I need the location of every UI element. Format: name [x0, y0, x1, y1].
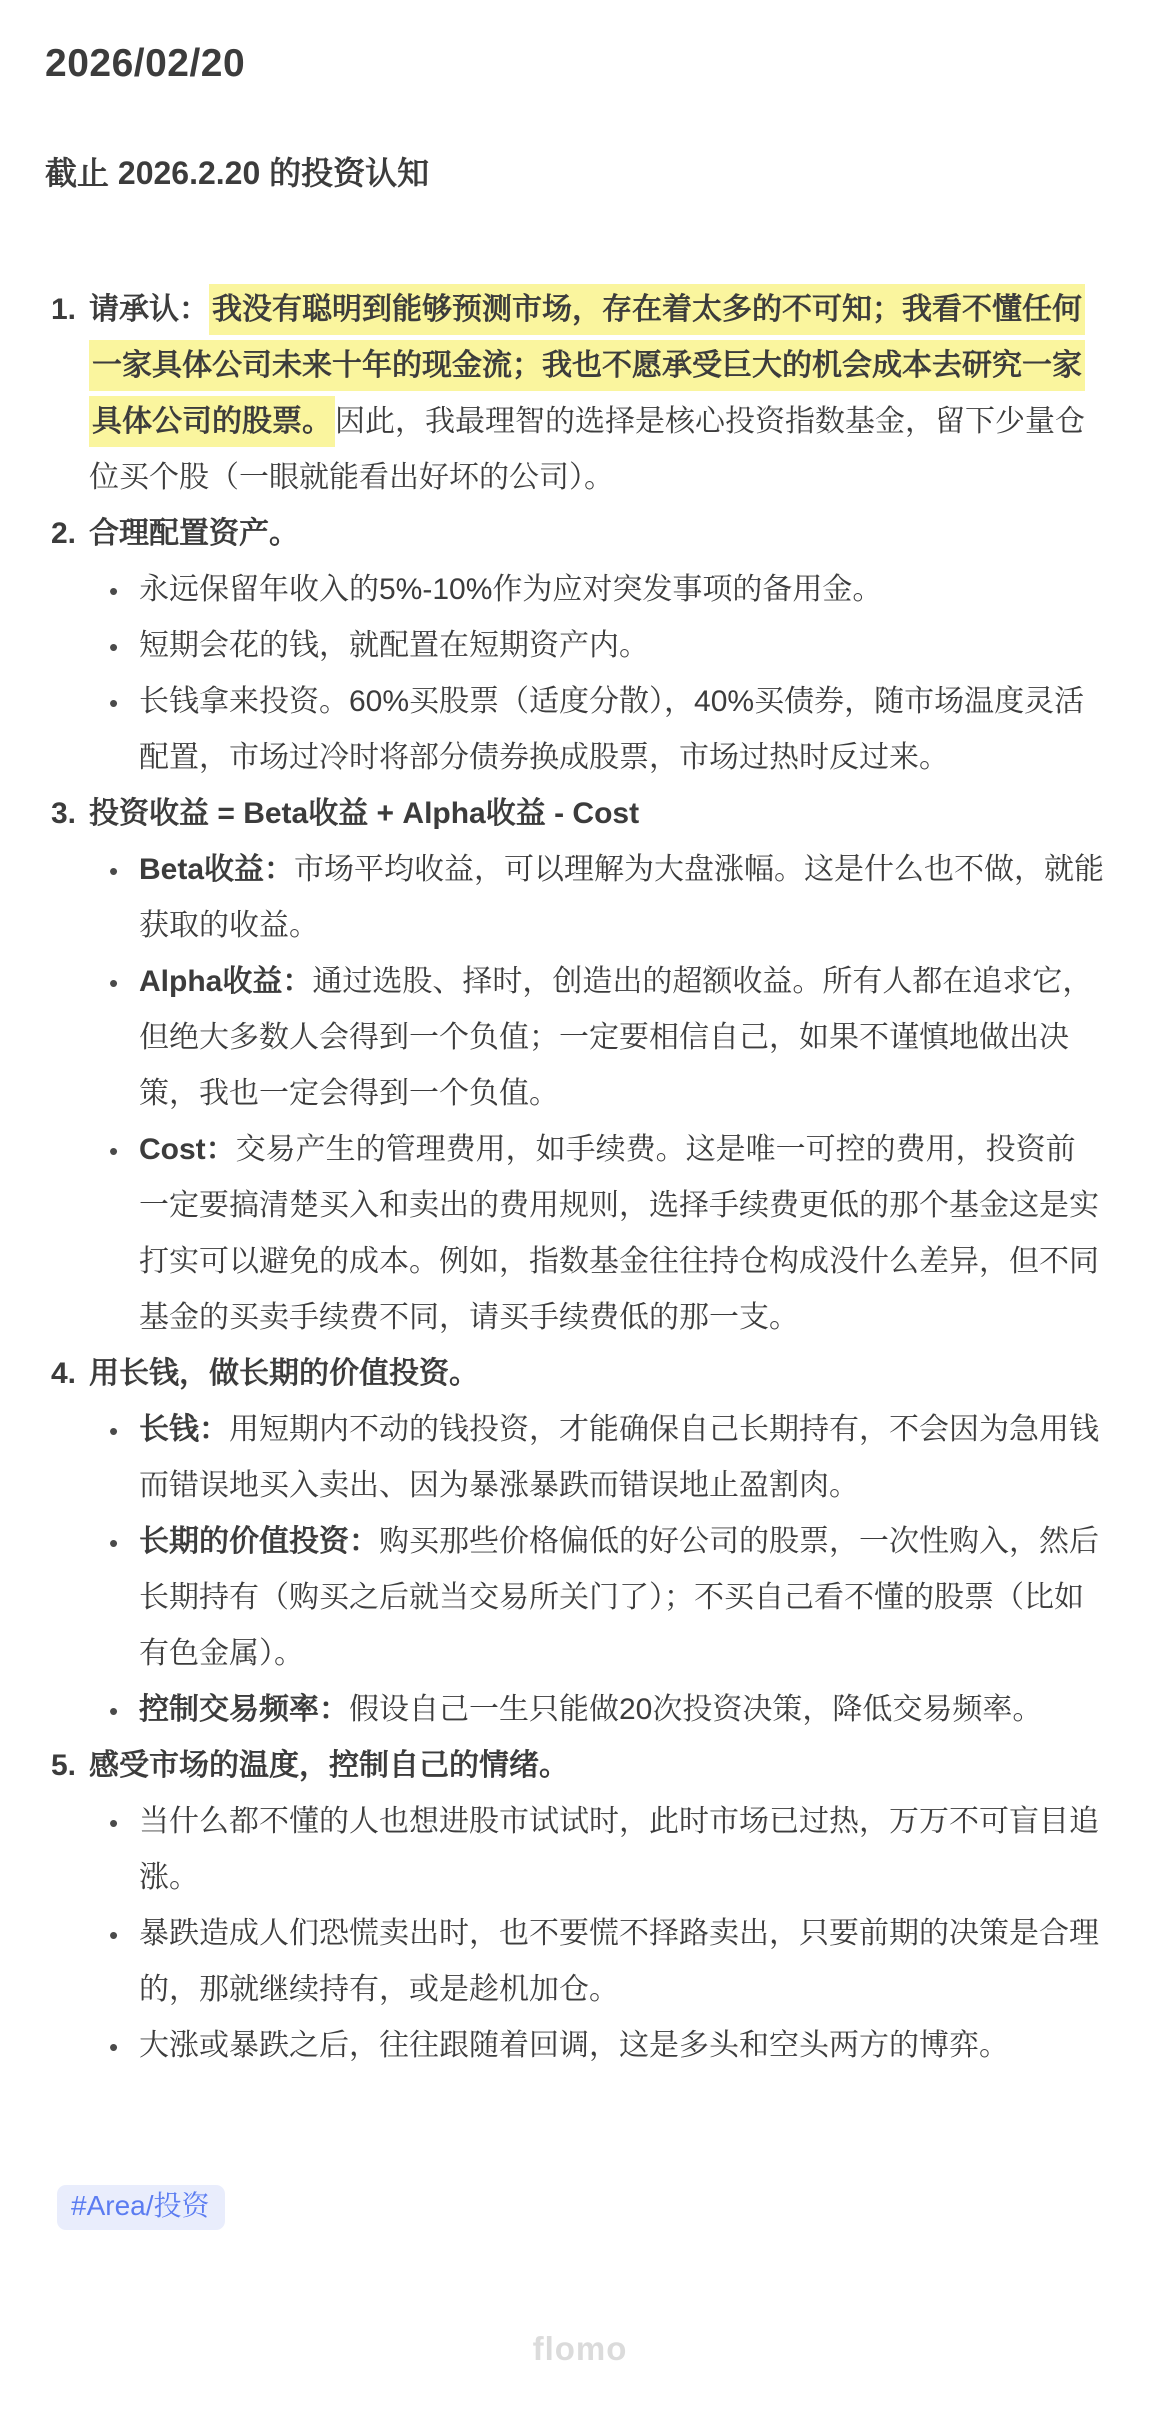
bullet-item: •永远保留年收入的5%-10%作为应对突发事项的备用金。 — [139, 562, 1105, 618]
bullet-dot-icon: • — [109, 1795, 118, 1851]
bullet-item-content: 长钱拿来投资。60%买股票（适度分散），40%买债券，随市场温度灵活配置，市场过… — [139, 674, 1105, 786]
text-segment: 合理配置资产。 — [89, 517, 299, 550]
bullet-list: •当什么都不懂的人也想进股市试试时，此时市场已过热，万万不可盲目追涨。•暴跌造成… — [89, 1794, 1105, 2074]
text-segment: 投资收益 = Beta收益 + Alpha收益 - Cost — [89, 797, 639, 830]
note-list: 1.请承认：我没有聪明到能够预测市场，存在着太多的不可知；我看不懂任何一家具体公… — [45, 282, 1105, 2074]
text-segment: 当什么都不懂的人也想进股市试试时，此时市场已过热，万万不可盲目追涨。 — [139, 1805, 1099, 1894]
bullet-item: •当什么都不懂的人也想进股市试试时，此时市场已过热，万万不可盲目追涨。 — [139, 1794, 1105, 1906]
bullet-list: •Beta收益：市场平均收益，可以理解为大盘涨幅。这是什么也不做，就能获取的收益… — [89, 842, 1105, 1346]
bullet-item: •短期会花的钱，就配置在短期资产内。 — [139, 618, 1105, 674]
bullet-item: •Beta收益：市场平均收益，可以理解为大盘涨幅。这是什么也不做，就能获取的收益… — [139, 842, 1105, 954]
text-segment: 永远保留年收入的5%-10%作为应对突发事项的备用金。 — [139, 573, 882, 606]
list-item-number: 1. — [51, 282, 76, 338]
bullet-item: •控制交易频率：假设自己一生只能做20次投资决策，降低交易频率。 — [139, 1682, 1105, 1738]
tag-label: #Area/投资 — [71, 2190, 210, 2221]
bullet-item-content: 永远保留年收入的5%-10%作为应对突发事项的备用金。 — [139, 562, 1105, 618]
bullet-item: •大涨或暴跌之后，往往跟随着回调，这是多头和空头两方的博弈。 — [139, 2018, 1105, 2074]
bullet-item: •Cost：交易产生的管理费用，如手续费。这是唯一可控的费用，投资前一定要搞清楚… — [139, 1122, 1105, 1346]
bullet-dot-icon: • — [109, 619, 118, 675]
bullet-dot-icon: • — [109, 1403, 118, 1459]
note-subtitle: 截止 2026.2.20 的投资认知 — [45, 148, 1105, 194]
bullet-item: •暴跌造成人们恐慌卖出时，也不要慌不择路卖出，只要前期的决策是合理的，那就继续持… — [139, 1906, 1105, 2018]
bullet-dot-icon: • — [109, 1907, 118, 1963]
bullet-dot-icon: • — [109, 563, 118, 619]
text-segment: 暴跌造成人们恐慌卖出时，也不要慌不择路卖出，只要前期的决策是合理的，那就继续持有… — [139, 1917, 1099, 2006]
list-item: 2.合理配置资产。•永远保留年收入的5%-10%作为应对突发事项的备用金。•短期… — [89, 506, 1105, 786]
list-item: 1.请承认：我没有聪明到能够预测市场，存在着太多的不可知；我看不懂任何一家具体公… — [89, 282, 1105, 506]
bullet-list: •长钱：用短期内不动的钱投资，才能确保自己长期持有，不会因为急用钱而错误地买入卖… — [89, 1402, 1105, 1738]
bullet-item-content: 当什么都不懂的人也想进股市试试时，此时市场已过热，万万不可盲目追涨。 — [139, 1794, 1105, 1906]
list-item-number: 5. — [51, 1738, 76, 1794]
bullet-dot-icon: • — [109, 843, 118, 899]
list-item-content: 合理配置资产。 — [89, 506, 1105, 562]
text-segment: 感受市场的温度，控制自己的情绪。 — [89, 1749, 569, 1782]
bullet-item: •长钱拿来投资。60%买股票（适度分散），40%买债券，随市场温度灵活配置，市场… — [139, 674, 1105, 786]
text-segment: 短期会花的钱，就配置在短期资产内。 — [139, 629, 649, 662]
text-segment: 请承认： — [89, 293, 209, 326]
bullet-dot-icon: • — [109, 2019, 118, 2075]
bullet-dot-icon: • — [109, 1515, 118, 1571]
list-item-content: 用长钱，做长期的价值投资。 — [89, 1346, 1105, 1402]
text-segment: 大涨或暴跌之后，往往跟随着回调，这是多头和空头两方的博弈。 — [139, 2029, 1009, 2062]
bullet-item-content: 大涨或暴跌之后，往往跟随着回调，这是多头和空头两方的博弈。 — [139, 2018, 1105, 2074]
bullet-item-content: 长期的价值投资：购买那些价格偏低的好公司的股票，一次性购入，然后长期持有（购买之… — [139, 1514, 1105, 1682]
tag-pill[interactable]: #Area/投资 — [57, 2185, 225, 2230]
bullet-item: •Alpha收益：通过选股、择时，创造出的超额收益。所有人都在追求它，但绝大多数… — [139, 954, 1105, 1122]
text-segment: 长钱拿来投资。60%买股票（适度分散），40%买债券，随市场温度灵活配置，市场过… — [139, 685, 1084, 774]
text-segment: 长期的价值投资： — [139, 1525, 379, 1558]
bullet-dot-icon: • — [109, 675, 118, 731]
note-page: 2026/02/20 截止 2026.2.20 的投资认知 1.请承认：我没有聪… — [0, 0, 1160, 2410]
text-segment: Alpha收益： — [139, 965, 312, 998]
bullet-item-content: Cost：交易产生的管理费用，如手续费。这是唯一可控的费用，投资前一定要搞清楚买… — [139, 1122, 1105, 1346]
list-item: 4.用长钱，做长期的价值投资。•长钱：用短期内不动的钱投资，才能确保自己长期持有… — [89, 1346, 1105, 1738]
bullet-dot-icon: • — [109, 955, 118, 1011]
bullet-item-content: 长钱：用短期内不动的钱投资，才能确保自己长期持有，不会因为急用钱而错误地买入卖出… — [139, 1402, 1105, 1514]
bullet-item-content: 控制交易频率：假设自己一生只能做20次投资决策，降低交易频率。 — [139, 1682, 1105, 1738]
bullet-dot-icon: • — [109, 1683, 118, 1739]
text-segment: 用短期内不动的钱投资，才能确保自己长期持有，不会因为急用钱而错误地买入卖出、因为… — [139, 1413, 1099, 1502]
text-segment: 控制交易频率： — [139, 1693, 349, 1726]
text-segment: 假设自己一生只能做20次投资决策，降低交易频率。 — [349, 1693, 1042, 1726]
list-item: 5.感受市场的温度，控制自己的情绪。•当什么都不懂的人也想进股市试试时，此时市场… — [89, 1738, 1105, 2074]
text-segment: Cost： — [139, 1133, 236, 1166]
bullet-item-content: Alpha收益：通过选股、择时，创造出的超额收益。所有人都在追求它，但绝大多数人… — [139, 954, 1105, 1122]
text-segment: 长钱： — [139, 1413, 229, 1446]
text-segment: 用长钱，做长期的价值投资。 — [89, 1357, 479, 1390]
list-item-content: 投资收益 = Beta收益 + Alpha收益 - Cost — [89, 786, 1105, 842]
bullet-item: •长钱：用短期内不动的钱投资，才能确保自己长期持有，不会因为急用钱而错误地买入卖… — [139, 1402, 1105, 1514]
list-item: 3.投资收益 = Beta收益 + Alpha收益 - Cost•Beta收益：… — [89, 786, 1105, 1346]
list-item-content: 感受市场的温度，控制自己的情绪。 — [89, 1738, 1105, 1794]
bullet-item-content: 短期会花的钱，就配置在短期资产内。 — [139, 618, 1105, 674]
list-item-content: 请承认：我没有聪明到能够预测市场，存在着太多的不可知；我看不懂任何一家具体公司未… — [89, 282, 1105, 506]
bullet-item-content: 暴跌造成人们恐慌卖出时，也不要慌不择路卖出，只要前期的决策是合理的，那就继续持有… — [139, 1906, 1105, 2018]
bullet-list: •永远保留年收入的5%-10%作为应对突发事项的备用金。•短期会花的钱，就配置在… — [89, 562, 1105, 786]
bullet-item-content: Beta收益：市场平均收益，可以理解为大盘涨幅。这是什么也不做，就能获取的收益。 — [139, 842, 1105, 954]
flomo-watermark: flomo — [0, 2330, 1160, 2368]
bullet-item: •长期的价值投资：购买那些价格偏低的好公司的股票，一次性购入，然后长期持有（购买… — [139, 1514, 1105, 1682]
text-segment: Beta收益： — [139, 853, 294, 886]
list-item-number: 3. — [51, 786, 76, 842]
list-item-number: 2. — [51, 506, 76, 562]
text-segment: 交易产生的管理费用，如手续费。这是唯一可控的费用，投资前一定要搞清楚买入和卖出的… — [139, 1133, 1099, 1334]
list-item-number: 4. — [51, 1346, 76, 1402]
bullet-dot-icon: • — [109, 1123, 118, 1179]
note-date-title: 2026/02/20 — [45, 42, 1105, 86]
